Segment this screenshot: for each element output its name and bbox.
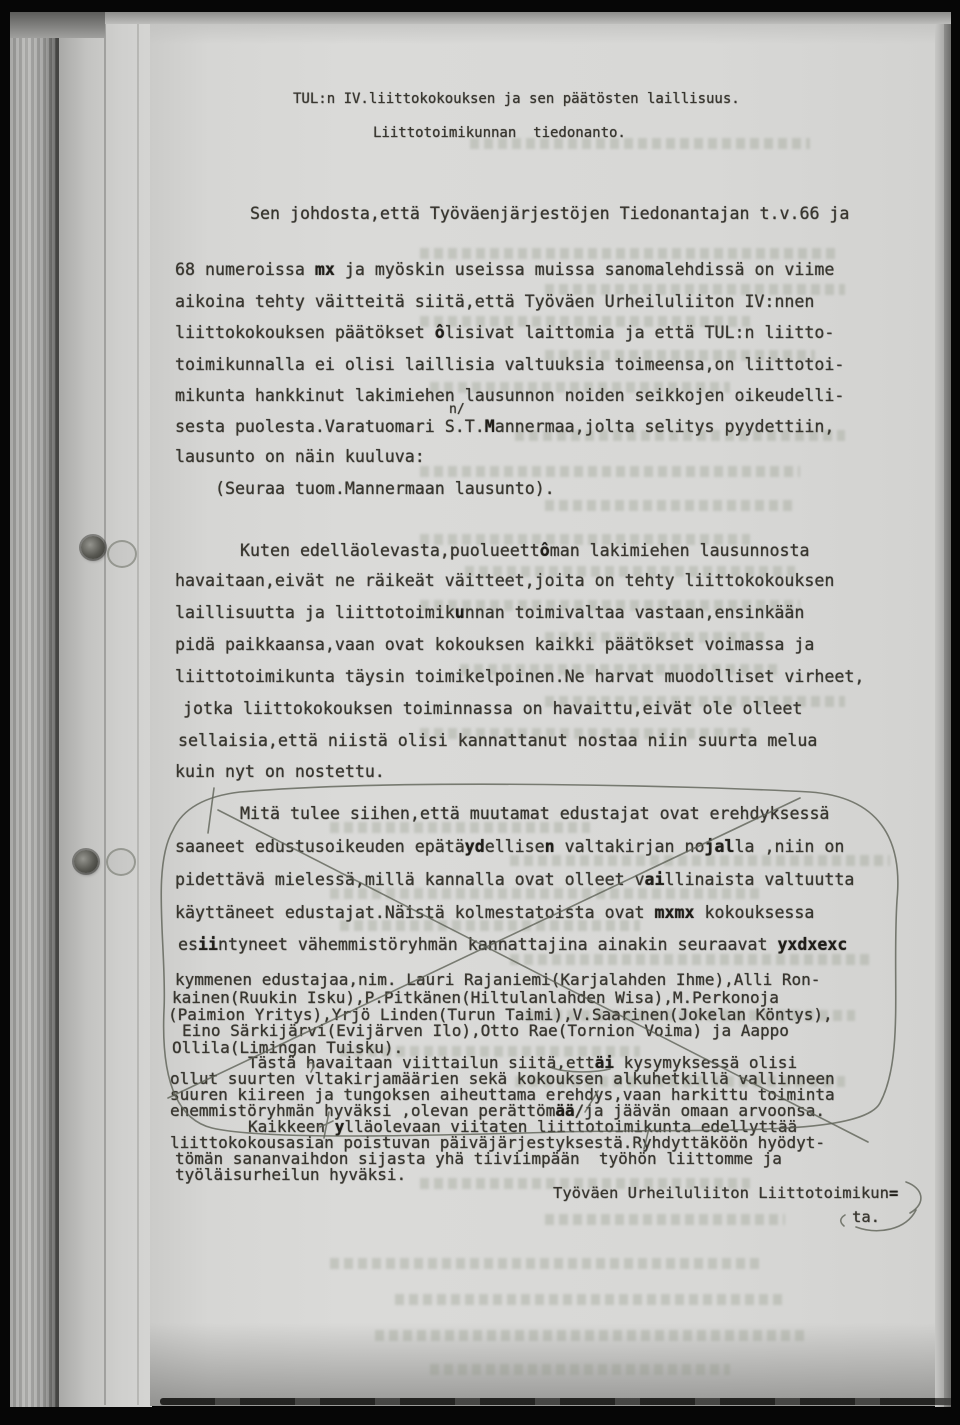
bleedthrough-line (330, 822, 590, 833)
text-line: sellaisia,että niistä olisi kannattanut … (178, 733, 817, 750)
page-edges-right (935, 14, 944, 1409)
punch-hole-stud (74, 850, 98, 873)
bleedthrough-line (510, 855, 890, 866)
text-line: aikoina tehty väitteitä siitä,että Työvä… (175, 294, 814, 311)
text-line: kainen(Ruukin Isku),P.Pitkänen(Hiltulanl… (172, 990, 779, 1006)
text-line: Sen johdosta,että Työväenjärjestöjen Tie… (250, 206, 849, 223)
top-left-shadow (10, 12, 105, 38)
page-edge-line (104, 20, 106, 1405)
text-line: n/ (449, 403, 465, 416)
text-line: jotka liittokokouksen toiminnassa on hav… (183, 701, 802, 718)
text-line: Työväen Urheiluliiton Liittotoimikun= (553, 1186, 898, 1202)
text-line: laillisuutta ja liittotoimikunnan toimiv… (175, 605, 804, 622)
bleedthrough-line (330, 888, 760, 899)
punch-hole-stud (81, 536, 105, 559)
bleedthrough-line (420, 248, 840, 259)
punch-hole-ring (106, 848, 136, 876)
text-line: pidettävä mielessä,millä kannalla ovat o… (175, 872, 854, 889)
page-bottom-edge-shadow (160, 1398, 960, 1405)
page-edges-right-dark (944, 14, 951, 1409)
text-line: työläisurheilun hyväksi. (175, 1167, 406, 1183)
scan-frame-left (0, 0, 10, 1425)
bleedthrough-line (545, 500, 795, 511)
text-line: kuin nyt on nostettu. (175, 764, 385, 781)
text-line: (Seuraa tuom.Mannermaan lausunto). (215, 481, 555, 498)
text-line: TUL:n IV.liittokokouksen ja sen päätöste… (293, 92, 740, 106)
scan-frame-right (951, 0, 960, 1425)
bleedthrough-line (430, 1364, 730, 1375)
text-line: esiintyneet vähemmistöryhmän kannattajin… (178, 937, 847, 954)
text-line: liittotoimikunta täysin toimikelpoinen.N… (175, 669, 864, 686)
text-line: toimikunnalla ei olisi laillisia valtuuk… (175, 357, 844, 374)
text-line: pidä paikkaansa,vaan ovat kokouksen kaik… (175, 637, 814, 654)
text-line: Mitä tulee siihen,että muutamat edustaja… (240, 806, 829, 823)
scan-frame-top (0, 0, 960, 12)
top-shadow-band (10, 12, 951, 24)
bleedthrough-line (545, 1214, 785, 1225)
text-line: Kuten edelläolevasta,puolueettôman lakim… (240, 543, 809, 560)
punch-hole-ring (107, 540, 137, 568)
page-edge-line (137, 20, 139, 1405)
text-line: Eino Särkijärvi(Evijärven Ilo),Otto Rae(… (182, 1023, 789, 1039)
text-line: havaitaan,eivät ne räikeät väitteet,joit… (175, 573, 834, 590)
text-line: käyttäneet edustajat.Näistä kolmestatois… (175, 905, 814, 922)
text-line: sesta puolesta.Varatuomari S.T.Mannermaa… (175, 419, 834, 436)
book-spine-page-stack (10, 12, 58, 1425)
text-line: saaneet edustusoikeuden epätäydellisen v… (175, 839, 844, 856)
bleedthrough-line (510, 954, 870, 965)
text-line: ta. (852, 1210, 880, 1226)
scanned-page: TUL:n IV.liittokokouksen ja sen päätöste… (0, 0, 960, 1425)
text-line: lausunto on näin kuuluva: (175, 449, 425, 466)
text-line: mikunta hankkinut lakimiehen lausunnon n… (175, 388, 844, 405)
bleedthrough-line (330, 1258, 760, 1269)
text-line: Liittotoimikunnan tiedonanto. (373, 126, 626, 140)
text-line: 68 numeroissa mx ja myöskin useissa muis… (175, 262, 834, 279)
bleedthrough-line (375, 1330, 805, 1341)
bleedthrough-line (395, 1294, 785, 1305)
scan-frame-bottom (0, 1407, 960, 1425)
text-line: kymmenen edustajaa,nim. Lauri Rajaniemi(… (175, 972, 820, 988)
bleedthrough-line (420, 466, 800, 477)
text-line: liittokokouksen päätökset ôlisivat laitt… (175, 325, 834, 342)
